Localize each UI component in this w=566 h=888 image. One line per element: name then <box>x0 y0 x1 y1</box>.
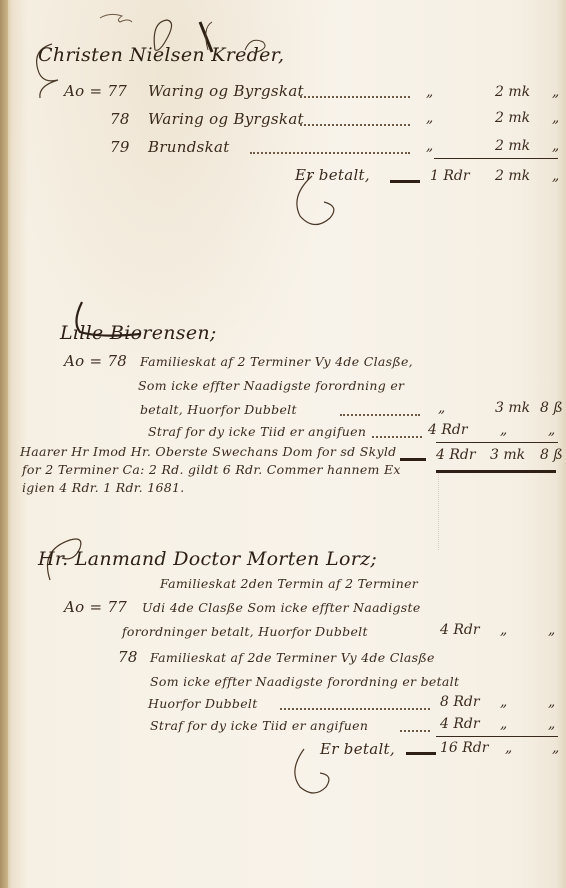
amount-mk: „ <box>500 422 507 438</box>
total-s: „ <box>552 740 559 756</box>
entry-3-line-7-text: Straf for dy icke Tiid er angifuen <box>150 718 368 733</box>
amount-rd: 4 Rdr <box>440 622 480 638</box>
page-binding-edge <box>0 0 8 888</box>
entry-1-line-2-prefix: 78 <box>110 110 130 128</box>
total-rd: 16 Rdr <box>440 740 488 756</box>
leader-dots <box>300 96 410 98</box>
amount-mk: 2 mk <box>495 84 530 100</box>
amount-mk: 3 mk <box>495 400 530 416</box>
total-s: 8 ß <box>540 447 563 463</box>
sum-rule <box>436 442 558 443</box>
double-underline <box>436 470 556 473</box>
amount-rd: „ <box>426 84 433 100</box>
amount-rd: 4 Rdr <box>440 716 480 732</box>
amount-mk: „ <box>500 716 507 732</box>
entry-1-line-1-prefix: Ao = 77 <box>64 82 127 100</box>
amount-rd: 4 Rdr <box>428 422 468 438</box>
leader-dots <box>372 436 422 438</box>
amount-mk: 2 mk <box>495 138 530 154</box>
total-rd: 1 Rdr <box>430 168 470 184</box>
amount-s: „ <box>548 422 555 438</box>
entry-1-line-3-prefix: 79 <box>110 138 130 156</box>
entry-2-note-line-3: igien 4 Rdr. 1 Rdr. 1681. <box>22 480 184 495</box>
entry-2-line-4-text: Straf for dy icke Tiid er angifuen <box>148 424 366 439</box>
sum-rule <box>436 736 558 737</box>
entry-3-line-2-prefix: Ao = 77 <box>64 598 127 616</box>
entry-3-total-label: Er betalt, <box>320 740 395 758</box>
entry-2-line-1-prefix: Ao = 78 <box>64 352 127 370</box>
total-mk: 2 mk <box>495 168 530 184</box>
entry-2-line-3-text: betalt, Huorfor Dubbelt <box>140 402 297 417</box>
amount-s: „ <box>548 694 555 710</box>
entry-3-line-3-text: forordninger betalt, Huorfor Dubbelt <box>122 624 368 639</box>
entry-3-line-1-text: Familieskat 2den Termin af 2 Terminer <box>160 576 418 591</box>
leader-dots <box>250 152 410 154</box>
entry-1-total-label: Er betalt, <box>295 166 370 184</box>
equals-mark <box>406 752 436 755</box>
equals-mark <box>390 180 420 183</box>
entry-1-line-1-text: Waring og Byrgskat <box>148 82 304 100</box>
amount-s: „ <box>552 84 559 100</box>
entry-3-heading: Hr. Lanmand Doctor Morten Lorz; <box>38 548 377 570</box>
entry-3-line-4-prefix: 78 <box>118 648 138 666</box>
entry-1-line-3-text: Brundskat <box>148 138 230 156</box>
amount-s: „ <box>548 622 555 638</box>
entry-3-line-6-text: Huorfor Dubbelt <box>148 696 258 711</box>
amount-rd: „ <box>438 400 445 416</box>
leader-dots <box>340 414 420 416</box>
amount-mk: „ <box>500 622 507 638</box>
leader-dots <box>400 730 430 732</box>
total-rd: 4 Rdr <box>436 447 476 463</box>
entry-3-line-5-text: Som icke effter Naadigste forordning er … <box>150 674 459 689</box>
amount-s: „ <box>548 716 555 732</box>
total-mk: 3 mk <box>490 447 525 463</box>
faint-column-guide <box>438 470 439 550</box>
leader-dots <box>280 708 430 710</box>
amount-rd: „ <box>426 138 433 154</box>
entry-1-line-2-text: Waring og Byrgskat <box>148 110 304 128</box>
leader-dots <box>300 124 410 126</box>
ledger-page: Christen Nielsen Kreder, Ao = 77 Waring … <box>0 0 566 888</box>
amount-mk: 2 mk <box>495 110 530 126</box>
entry-3-line-2-text: Udi 4de Clasße Som icke effter Naadigste <box>142 600 421 615</box>
amount-rd: 8 Rdr <box>440 694 480 710</box>
amount-rd: „ <box>426 110 433 126</box>
entry-2-note-line-1: Haarer Hr Imod Hr. Oberste Swechans Dom … <box>20 444 396 459</box>
amount-s: „ <box>552 138 559 154</box>
amount-s: „ <box>552 110 559 126</box>
entry-3-line-4-text: Familieskat af 2de Terminer Vy 4de Clasß… <box>150 650 435 665</box>
equals-mark <box>400 458 426 461</box>
entry-1-heading: Christen Nielsen Kreder, <box>38 44 284 66</box>
entry-2-heading: Lille Biorensen; <box>60 322 217 344</box>
total-mk: „ <box>505 740 512 756</box>
total-s: „ <box>552 168 559 184</box>
amount-mk: „ <box>500 694 507 710</box>
amount-s: 8 ß <box>540 400 563 416</box>
entry-2-line-1-text: Familieskat af 2 Terminer Vy 4de Clasße, <box>140 354 413 369</box>
sum-rule <box>434 158 558 159</box>
entry-2-note-line-2: for 2 Terminer Ca: 2 Rd. gildt 6 Rdr. Co… <box>22 462 401 477</box>
entry-2-line-2-text: Som icke effter Naadigste forordning er <box>138 378 404 393</box>
